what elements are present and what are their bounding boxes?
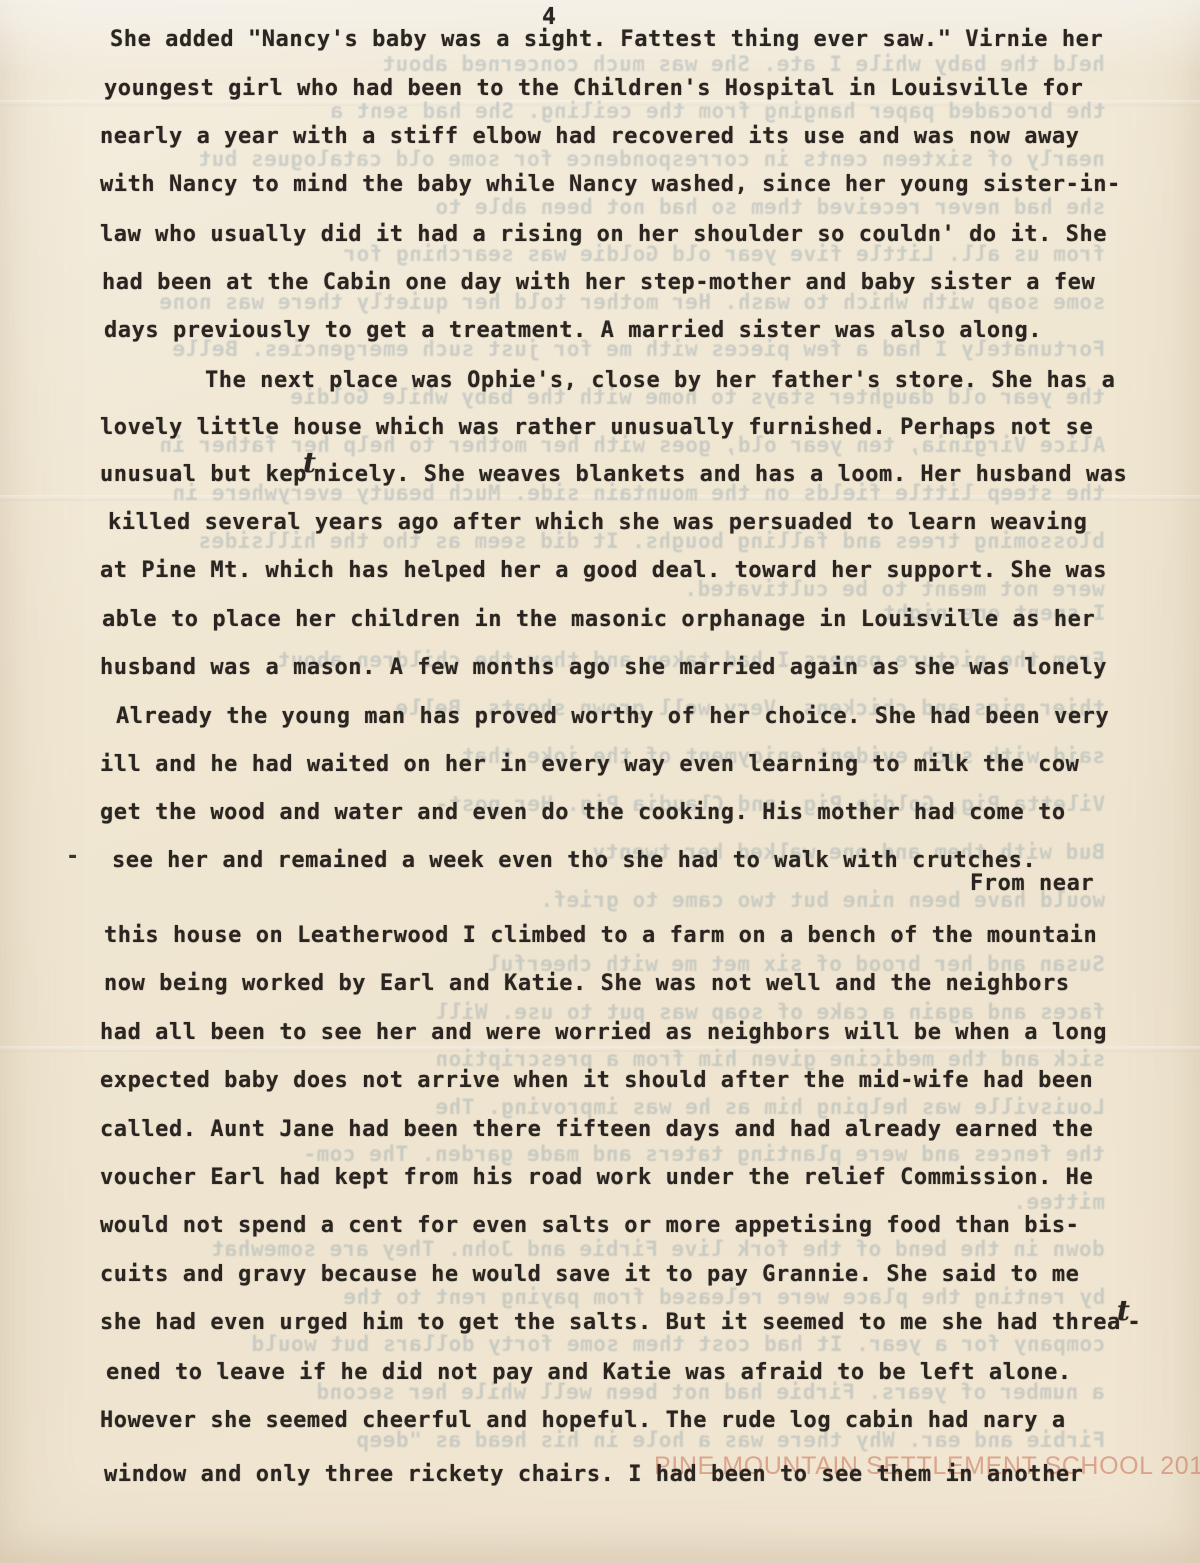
typed-line: at Pine Mt. which has helped her a good … — [100, 558, 1107, 583]
typed-line: this house on Leatherwood I climbed to a… — [104, 923, 1097, 948]
typed-line: unusual but keptnicely. She weaves blank… — [100, 462, 1127, 487]
typed-line: cuits and gravy because he would save it… — [100, 1262, 1079, 1287]
typed-line: now being worked by Earl and Katie. She … — [104, 971, 1070, 996]
bleedthrough-text: the brocaded paper hanging from the ceil… — [330, 99, 1105, 123]
typed-line: The next place was Ophie's, close by her… — [205, 368, 1115, 393]
typed-line: lovely little house which was rather unu… — [100, 415, 1093, 440]
bleedthrough-text: by renting the place were released from … — [343, 1285, 1105, 1309]
typed-line: nearly a year with a stiff elbow had rec… — [100, 124, 1079, 149]
typed-line: ened to leave if he did not pay and Kati… — [106, 1360, 1072, 1385]
typed-line: From near — [970, 871, 1094, 896]
typed-line: had all been to see her and were worried… — [100, 1020, 1107, 1045]
bleedthrough-text: nearly of sixteen cents in correspondenc… — [198, 147, 1105, 171]
typed-line: expected baby does not arrive when it sh… — [100, 1068, 1093, 1093]
typed-line: ill and he had waited on her in every wa… — [100, 752, 1079, 777]
bleedthrough-text: she had never received them so had not b… — [435, 195, 1105, 219]
typed-line: get the wood and water and even do the c… — [100, 800, 1066, 825]
typed-line: Already the young man has proved worthy … — [116, 704, 1109, 729]
bleedthrough-text: down in the bend of the fork live Firbie… — [211, 1237, 1105, 1261]
typed-line: she had even urged him to get the salts.… — [100, 1310, 1141, 1335]
margin-dash-annotation: - — [66, 844, 79, 869]
typed-line: able to place her children in the masoni… — [102, 607, 1095, 632]
bleedthrough-text: Louisville was helping him as he was imp… — [435, 1095, 1105, 1119]
bleedthrough-text: the fences and were planting taters and … — [303, 1142, 1105, 1166]
typed-line: law who usually did it had a rising on h… — [100, 222, 1107, 247]
bleedthrough-text: company for a year. It had cost them som… — [251, 1332, 1105, 1356]
typed-line: days previously to get a treatment. A ma… — [104, 318, 1042, 343]
typed-line: window and only three rickety chairs. I … — [104, 1462, 1083, 1487]
typed-line: youngest girl who had been to the Childr… — [104, 76, 1083, 101]
typed-line: would not spend a cent for even salts or… — [100, 1213, 1079, 1238]
typed-line: had been at the Cabin one day with her s… — [102, 270, 1095, 295]
typed-line: husband was a mason. A few months ago sh… — [100, 655, 1107, 680]
typed-line: However she seemed cheerful and hopeful.… — [100, 1408, 1066, 1433]
typed-line: called. Aunt Jane had been there fifteen… — [100, 1117, 1093, 1142]
bleedthrough-text: held the baby while I ate. She was much … — [382, 52, 1105, 76]
typed-line: killed several years ago after which she… — [108, 510, 1087, 535]
typed-line: with Nancy to mind the baby while Nancy … — [100, 172, 1121, 197]
typed-line: She added "Nancy's baby was a sight. Fat… — [110, 27, 1103, 52]
typed-line: see her and remained a week even tho she… — [112, 848, 1036, 873]
bleedthrough-text: mittee. — [1013, 1190, 1105, 1214]
document-page: { "page": { "number": "4" }, "watermark"… — [0, 0, 1200, 1563]
typed-line: voucher Earl had kept from his road work… — [100, 1165, 1093, 1190]
